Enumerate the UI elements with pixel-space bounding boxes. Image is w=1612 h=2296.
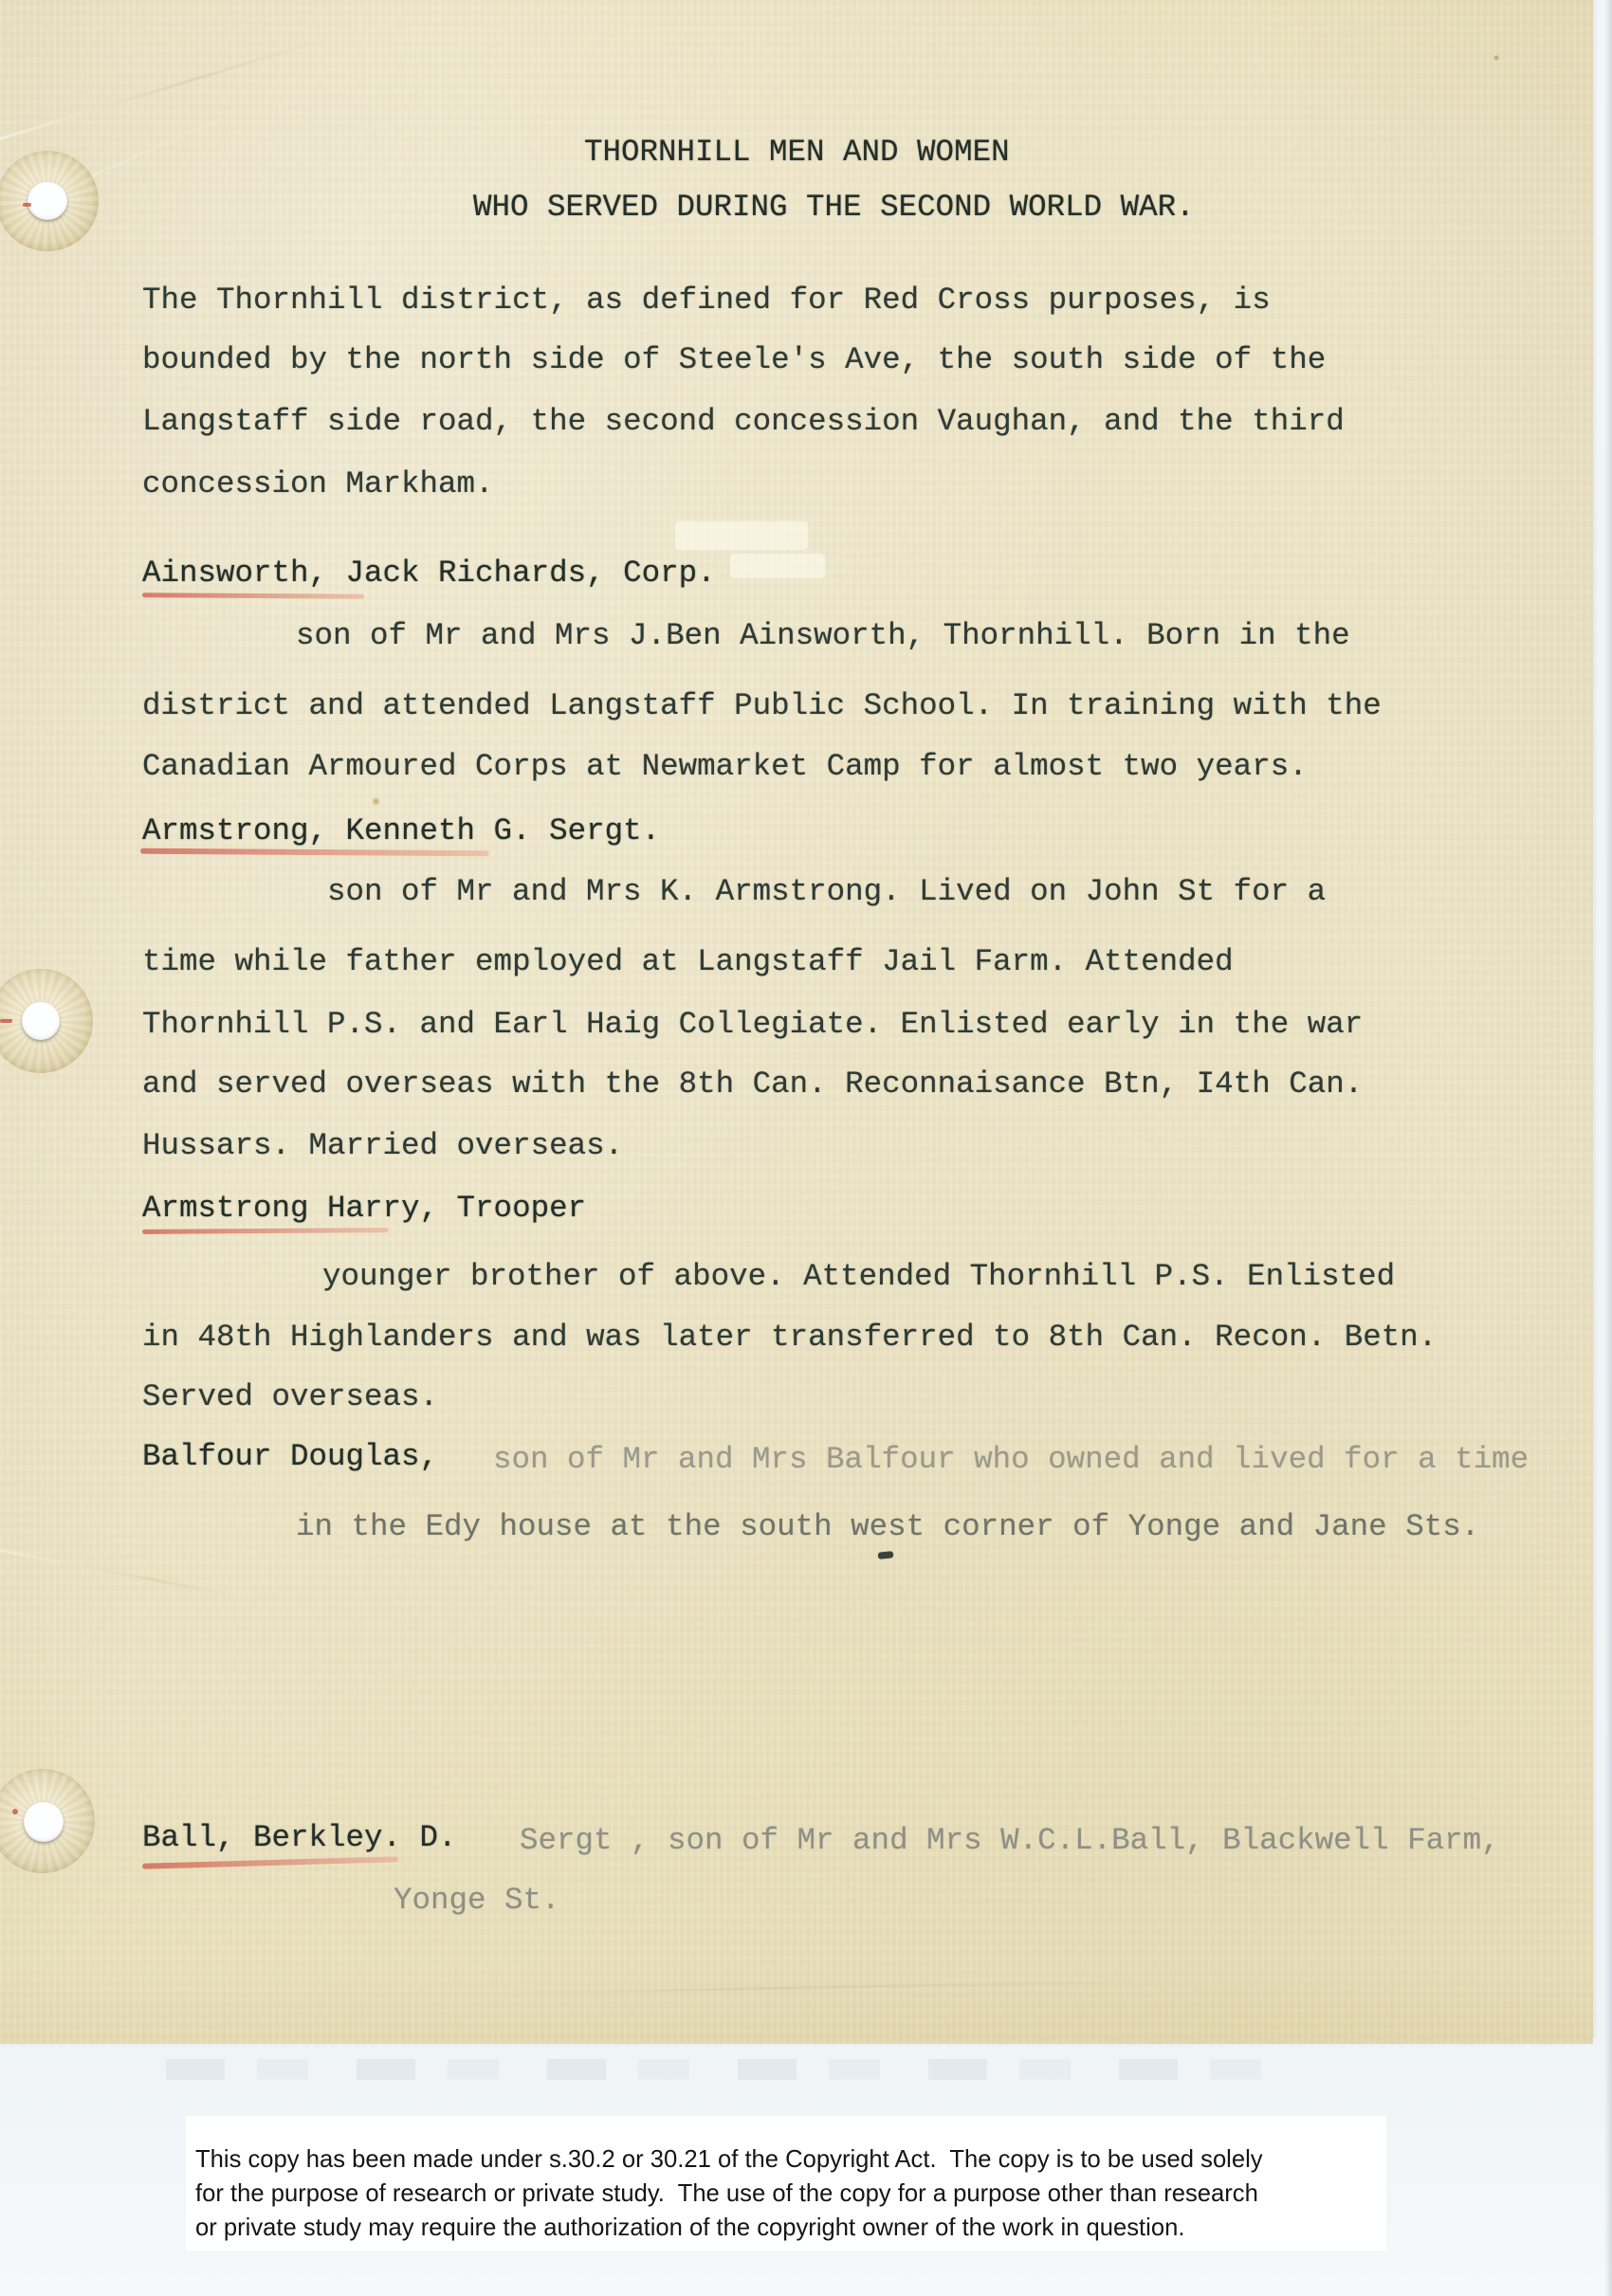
armstrong-kenneth-line-4: and served overseas with the 8th Can. Re… bbox=[142, 1066, 1363, 1102]
entry-heading-balfour: Balfour Douglas, bbox=[142, 1439, 438, 1474]
intro-line-2: bounded by the north side of Steele's Av… bbox=[142, 342, 1326, 377]
entry-heading-armstrong-kenneth: Armstrong, Kenneth G. Sergt. bbox=[142, 813, 660, 848]
entry-heading-armstrong-harry: Armstrong Harry, Trooper bbox=[142, 1191, 586, 1226]
armstrong-kenneth-line-1: son of Mr and Mrs K. Armstrong. Lived on… bbox=[327, 874, 1326, 909]
red-pen-mark bbox=[12, 1809, 18, 1814]
ball-line-2: Yonge St. bbox=[394, 1883, 560, 1918]
document-title-line-2: WHO SERVED DURING THE SECOND WORLD WAR. bbox=[473, 190, 1195, 225]
balfour-faded-line-1: son of Mr and Mrs Balfour who owned and … bbox=[493, 1442, 1529, 1477]
document-title-line-1: THORNHILL MEN AND WOMEN bbox=[584, 135, 1010, 170]
scanned-document-page: THORNHILL MEN AND WOMEN WHO SERVED DURIN… bbox=[0, 0, 1612, 2296]
red-pen-mark bbox=[0, 1019, 12, 1023]
armstrong-harry-line-2: in 48th Highlanders and was later transf… bbox=[142, 1320, 1437, 1355]
ainsworth-line-3: Canadian Armoured Corps at Newmarket Cam… bbox=[142, 749, 1308, 784]
entry-heading-ainsworth: Ainsworth, Jack Richards, Corp. bbox=[142, 556, 716, 591]
punch-hole bbox=[24, 1802, 64, 1842]
scanner-artifact-band bbox=[166, 2059, 1280, 2080]
entry-heading-ball: Ball, Berkley. D. bbox=[142, 1820, 457, 1855]
copyright-line-3: or private study may require the authori… bbox=[195, 2213, 1184, 2242]
scanner-edge-strip bbox=[1604, 0, 1612, 2296]
ainsworth-line-2: district and attended Langstaff Public S… bbox=[142, 688, 1382, 723]
intro-line-3: Langstaff side road, the second concessi… bbox=[142, 404, 1345, 439]
intro-line-4: concession Markham. bbox=[142, 466, 494, 501]
red-pen-mark bbox=[23, 203, 31, 207]
intro-line-1: The Thornhill district, as defined for R… bbox=[142, 282, 1271, 318]
armstrong-harry-line-1: younger brother of above. Attended Thorn… bbox=[322, 1259, 1395, 1294]
balfour-line-2: in the Edy house at the south west corne… bbox=[296, 1509, 1479, 1544]
copyright-line-2: for the purpose of research or private s… bbox=[195, 2178, 1258, 2208]
punch-hole bbox=[27, 182, 67, 220]
copyright-line-1: This copy has been made under s.30.2 or … bbox=[195, 2144, 1263, 2174]
armstrong-kenneth-line-2: time while father employed at Langstaff … bbox=[142, 944, 1234, 979]
armstrong-kenneth-line-5: Hussars. Married overseas. bbox=[142, 1128, 623, 1163]
armstrong-kenneth-line-3: Thornhill P.S. and Earl Haig Collegiate.… bbox=[142, 1007, 1363, 1042]
ainsworth-line-1: son of Mr and Mrs J.Ben Ainsworth, Thorn… bbox=[296, 618, 1350, 653]
copyright-notice-box: This copy has been made under s.30.2 or … bbox=[186, 2116, 1386, 2250]
punch-hole bbox=[22, 1002, 60, 1040]
armstrong-harry-line-3: Served overseas. bbox=[142, 1379, 438, 1414]
ball-faded-line-1: Sergt , son of Mr and Mrs W.C.L.Ball, Bl… bbox=[520, 1823, 1500, 1858]
